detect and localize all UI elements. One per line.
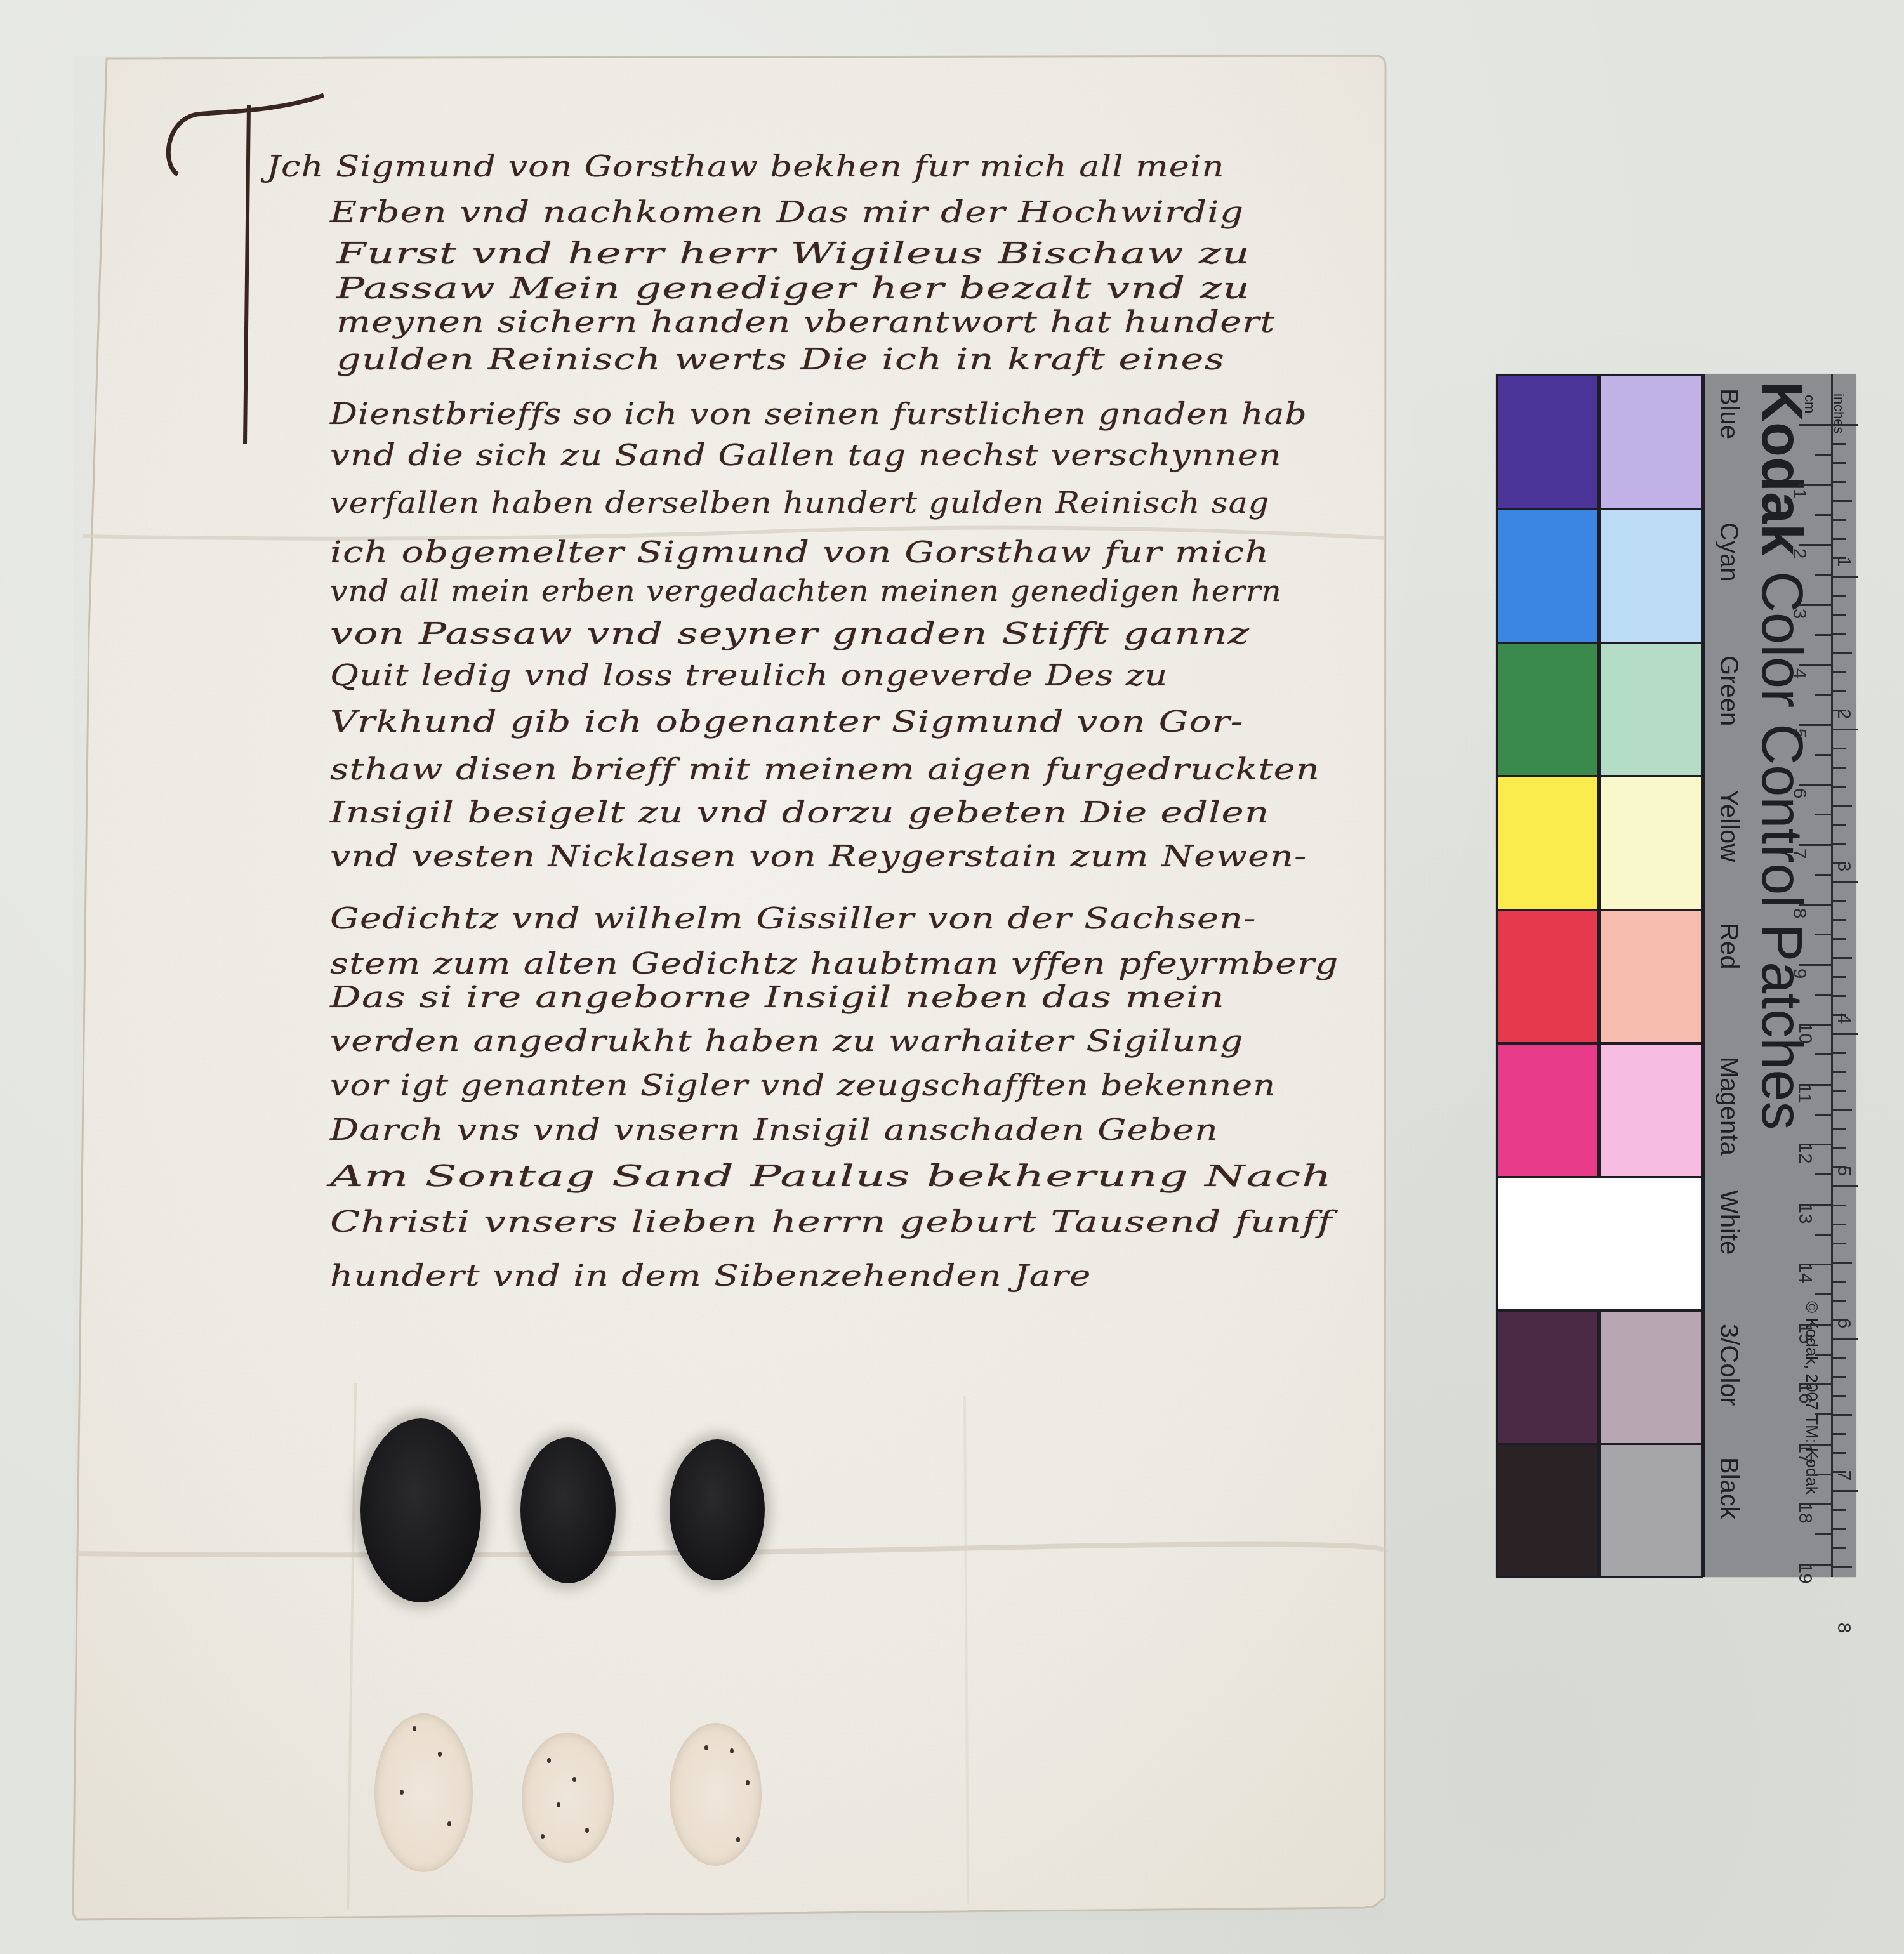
ruler-inch-number: 4 [1833,1013,1854,1024]
ruler-inch-number: 8 [1833,1623,1854,1634]
ruler-inch-tick [1833,919,1846,921]
ruler-inch-tick [1833,767,1846,769]
ruler-cm-number: 6 [1788,788,1810,799]
ruler-inch-tick [1833,1376,1846,1378]
ruler-inch-number: 1 [1833,557,1854,567]
ruler-cm-label: cm [1801,395,1818,413]
ruler-cm-tick [1815,1293,1831,1295]
patch-label-black: Black [1714,1457,1743,1519]
ruler-inch-tick [1833,976,1846,978]
patch-label-green: Green [1714,656,1743,726]
ruler-cm-tick [1815,1234,1831,1236]
ruler-inch-tick [1833,805,1852,807]
manuscript-line: Erben vnd nachkomen Das mir der Hochwird… [330,195,1244,229]
ruler-cm-tick [1815,694,1831,696]
ruler-cm-number: 18 [1794,1502,1816,1523]
ruler-inch-tick [1833,1490,1858,1492]
ruler-inch-tick [1833,1357,1846,1359]
ruler-cm-number: 9 [1788,968,1810,979]
ruler-inch-tick [1833,462,1846,464]
seal-imprint-3 [670,1723,762,1866]
patch-blue-dark [1496,374,1599,510]
ruler-cm-tick [1815,1533,1831,1535]
ruler-inch-tick [1833,652,1852,654]
wax-seal-2 [520,1437,616,1583]
ruler-cm-number: 8 [1788,908,1810,919]
manuscript-line: Dienstbrieffs so ich von seinen furstlic… [330,397,1307,431]
manuscript-line: Vrkhund gib ich obgenanter Sigmund von G… [330,704,1244,739]
ruler-cm-tick [1799,544,1831,546]
patch-label-yellow: Yellow [1714,789,1743,862]
ruler-inch-number: 6 [1833,1318,1854,1329]
ruler-cm-tick [1815,1474,1831,1475]
manuscript-line: Darch vns vnd vnsern Insigil anschaden G… [330,1112,1219,1147]
ruler-cm-tick [1815,754,1831,756]
manuscript-line: gulden Reinisch werts Die ich in kraft e… [336,342,1225,376]
patch-label-white: White [1714,1190,1743,1255]
ruler-inch-tick [1833,1281,1846,1283]
ruler-inch-tick [1833,786,1846,788]
ruler-cm-tick [1815,814,1831,815]
manuscript-line: meynen sichern handen vberantwort hat hu… [336,305,1276,339]
manuscript-line: Quit ledig vnd loss treulich ongeverde D… [330,658,1168,692]
ruler-inch-tick [1833,1243,1846,1244]
ruler-cm-number: 4 [1788,668,1810,679]
ruler-inch-tick [1833,1185,1858,1187]
ruler-cm-tick [1799,844,1831,846]
ruler-inch-tick [1833,1300,1846,1302]
ruler-cm-tick [1799,424,1831,426]
wax-seal-3 [670,1439,765,1580]
ruler-inch-tick [1833,424,1858,426]
ruler-cm-number: 12 [1794,1142,1816,1163]
ruler-inch-tick [1833,748,1846,749]
ruler-inch-tick [1833,1128,1846,1130]
patch-black-light [1599,1443,1703,1578]
ruler-inch-tick [1833,443,1846,445]
ruler-cm-number: 13 [1794,1203,1816,1224]
ruler-inch-number: 7 [1833,1470,1854,1481]
ruler-inch-number: 2 [1833,709,1854,720]
ruler-inch-tick [1833,824,1846,826]
manuscript-line: vor igt genanten Sigler vnd zeugschaffte… [330,1068,1276,1102]
ruler-cm-tick [1799,604,1831,606]
manuscript-line: vnd die sich zu Sand Gallen tag nechst v… [330,438,1282,472]
ruler-cm-tick [1799,784,1831,786]
ruler-cm-tick [1815,1354,1831,1356]
manuscript-line: Das si ire angeborne Insigil neben das m… [330,980,1225,1014]
manuscript-line: Passaw Mein genediger her bezalt vnd zu [336,271,1250,305]
ruler-inch-tick [1833,1414,1852,1416]
manuscript-line: vnd all mein erben vergedachten meinen g… [330,574,1282,608]
patch-3-color-dark [1496,1310,1599,1445]
ruler-cm-number: 2 [1788,548,1810,559]
ruler-cm-number: 15 [1794,1323,1816,1343]
ruler-cm-number: 17 [1794,1442,1816,1463]
ruler-inch-tick [1833,729,1858,730]
ruler-cm-number: 1 [1788,488,1810,499]
ruler-inch-tick [1833,957,1852,959]
manuscript-line: sthaw disen brieff mit meinem aigen furg… [330,752,1320,786]
manuscript-line: verden angedrukht haben zu warhaiter Sig… [330,1024,1244,1058]
ruler-inch-tick [1833,1452,1846,1454]
ruler-inch-number: 3 [1833,861,1854,872]
ruler-inch-tick [1833,519,1846,521]
manuscript-line: Christi vnsers lieben herrn geburt Tause… [330,1205,1333,1239]
ruler-inch-tick [1833,938,1846,940]
ruler-cm-tick [1815,874,1831,876]
ruler-cm-tick [1815,1173,1831,1175]
ruler-cm-number: 5 [1788,728,1810,739]
kodak-color-control-strip: Kodak Color Control Patches BlueCyanGree… [1496,374,1856,1577]
ruler-inch-tick [1833,1395,1846,1397]
ruler-inch-tick [1833,900,1846,902]
ruler-inch-tick [1833,671,1846,673]
ruler-cm-number: 7 [1788,848,1810,859]
ruler-cm-tick [1815,1053,1831,1055]
ruler-cm-number: 14 [1794,1262,1816,1283]
ruler-cm-tick [1815,634,1831,636]
manuscript-line: vnd vesten Nicklasen von Reygerstain zum… [330,839,1307,873]
manuscript-line: ich obgemelter Sigmund von Gorsthaw fur … [330,535,1269,569]
patch-label-magenta: Magenta [1714,1057,1743,1156]
ruler-cm-tick [1815,514,1831,516]
seal-imprint-1 [374,1713,473,1872]
ruler-cm-tick [1815,574,1831,576]
patch-3-color-light [1599,1310,1703,1445]
manuscript-line: verfallen haben derselben hundert gulden… [330,485,1269,520]
ruler-inch-tick [1833,1205,1846,1206]
patch-cyan-light [1599,508,1703,644]
ruler-cm-tick [1815,1413,1831,1415]
patch-white [1496,1176,1703,1311]
patch-yellow-dark [1496,776,1599,911]
ruler-cm-number: 16 [1794,1382,1816,1403]
ruler-cm-number: 3 [1788,608,1810,619]
patch-black-dark [1496,1443,1599,1578]
patch-green-light [1599,642,1703,777]
ruler-inch-tick [1833,1509,1846,1511]
ruler-inch-tick [1833,1528,1846,1530]
ruler-inch-tick [1833,500,1852,502]
seal-imprint-2 [522,1733,614,1863]
patch-red-light [1599,909,1703,1044]
ruler-inch-tick [1833,576,1858,578]
ruler-cm-number: 11 [1794,1083,1815,1103]
ruler-inch-tick [1833,1147,1846,1149]
patch-green-dark [1496,642,1599,777]
ruler-cm-tick [1799,484,1831,486]
ruler-cm-tick [1799,724,1831,726]
manuscript-line: Am Sontag Sand Paulus bekherung Nach [330,1159,1333,1193]
wax-seal-1 [360,1418,481,1602]
patch-blue-light [1599,374,1703,510]
ruler-cm-tick [1815,454,1831,456]
ruler-inch-tick [1833,843,1846,845]
patch-label-blue: Blue [1714,388,1743,439]
manuscript-line: von Passaw vnd seyner gnaden Stifft gann… [330,616,1250,650]
ruler-inch-tick [1833,1090,1846,1092]
manuscript-line: stem zum alten Gedichtz haubtman vffen p… [330,946,1339,980]
manuscript-line: Gedichtz vnd wilhelm Gissiller von der S… [330,901,1257,935]
ruler-inch-tick [1833,538,1846,540]
ruler-inch-tick [1833,614,1846,616]
ruler-inch-tick [1833,633,1846,635]
ruler-cm-number: 10 [1794,1022,1816,1043]
patch-red-dark [1496,909,1599,1044]
patch-label-cyan: Cyan [1714,522,1743,581]
ruler-cm-tick [1815,994,1831,996]
manuscript-line: hundert vnd in dem Sibenzehenden Jare [330,1258,1092,1293]
ruler-inch-tick [1833,1338,1858,1340]
manuscript-line: Jch Sigmund von Gorsthaw bekhen fur mich… [267,149,1225,183]
ruler-inch-tick [1833,481,1846,483]
ruler-inch-tick [1833,1052,1846,1054]
patch-cyan-dark [1496,508,1599,644]
ruler-cm-number: 19 [1794,1562,1816,1583]
ruler-cm-tick [1815,934,1831,935]
patch-label-3-color: 3/Color [1714,1324,1743,1406]
ruler-cm-tick [1799,964,1831,966]
patch-yellow-light [1599,776,1703,911]
ruler-inch-tick [1833,1033,1858,1035]
ruler-cm-tick [1799,664,1831,666]
ruler-cm-tick [1815,1114,1831,1116]
patch-magenta-light [1599,1043,1703,1178]
ruler-inch-tick [1833,1224,1846,1225]
ruler-inch-tick [1833,1109,1852,1111]
patch-label-red: Red [1714,923,1743,969]
manuscript-line: Insigil besigelt zu vnd dorzu gebeten Di… [330,795,1270,829]
ruler-cm-tick [1799,904,1831,906]
ruler-inch-tick [1833,690,1846,692]
ruler-inch-tick [1833,995,1846,997]
ruler-inch-tick [1833,1071,1846,1073]
ruler-inch-tick [1833,595,1846,597]
ruler-inch-tick [1833,1262,1852,1264]
ruler-inch-number: 5 [1833,1166,1854,1177]
patch-magenta-dark [1496,1043,1599,1178]
manuscript-line: Furst vnd herr herr Wigileus Bischaw zu [336,236,1250,270]
ruler-inch-tick [1833,1433,1846,1435]
ruler-inch-tick [1833,1566,1852,1568]
ruler-inch-tick [1833,881,1858,883]
ruler-inch-tick [1833,1547,1846,1549]
